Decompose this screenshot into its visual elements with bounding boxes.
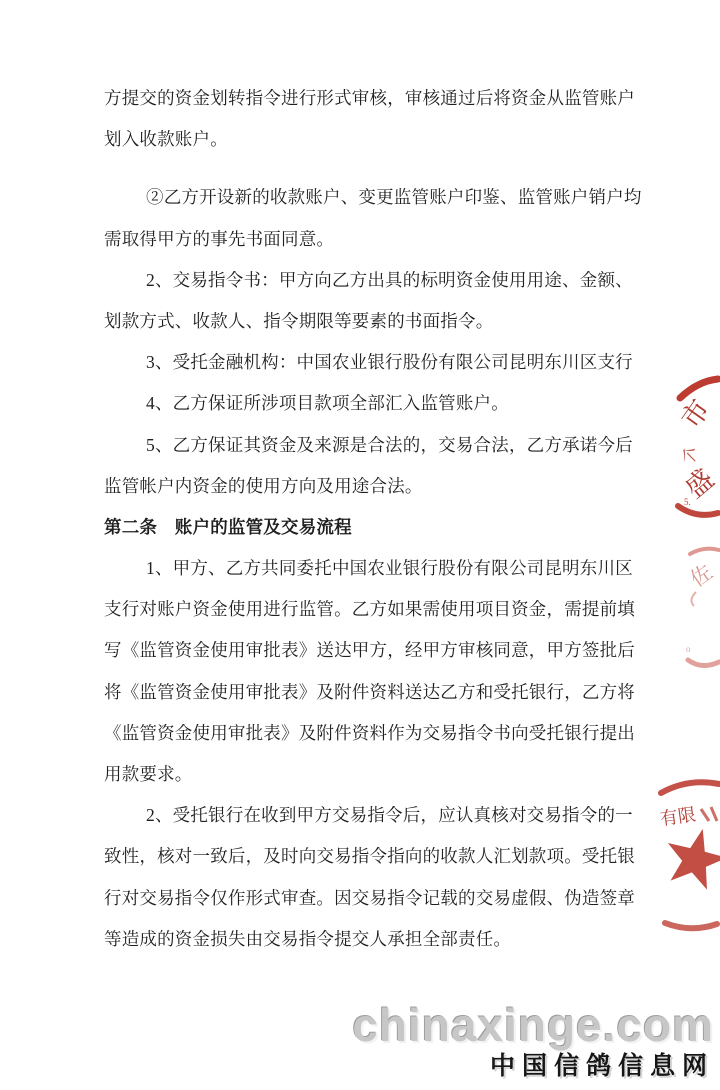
text-line: 用款要求。 — [104, 754, 644, 795]
watermark-logo: chinaxinge.com — [352, 1002, 714, 1048]
seal-arc — [680, 379, 718, 398]
seal-character: 佐 — [686, 560, 717, 592]
text-line: 方提交的资金划转指令进行形式审核，审核通过后将资金从监管账户 — [104, 78, 644, 119]
text-line: 5、乙方保证其资金及来源是合法的，交易合法，乙方承诺今后 — [104, 425, 644, 466]
text-line: 写《监管资金使用审批表》送达甲方，经甲方审核同意，甲方签批后 — [104, 630, 644, 671]
seal-character: 盛 — [680, 464, 720, 504]
contract-text-block: 方提交的资金划转指令进行形式审核，审核通过后将资金从监管账户划入收款账户。②乙方… — [104, 78, 644, 960]
text-line: 行对交易指令仅作形式审查。因交易指令记载的交易虚假、伪造签章 — [104, 878, 644, 919]
section-heading: 第二条 账户的监管及交易流程 — [104, 507, 644, 548]
text-line: 3、受托金融机构：中国农业银行股份有限公司昆明东川区支行 — [104, 342, 644, 383]
seal-small-mark: 5. — [684, 497, 691, 507]
seal-small-mark: o — [686, 644, 691, 654]
watermark-site-name: 中国信鸽信息网 — [352, 1052, 714, 1080]
seal-arc — [678, 506, 718, 515]
seal-arc — [661, 782, 719, 793]
text-line: 2、受托银行在收到甲方交易指令后，应认真核对交易指令的一 — [104, 795, 644, 836]
seal-character: 市 — [676, 394, 716, 433]
text-line: 支行对账户资金使用进行监管。乙方如果需使用项目资金，需提前填 — [104, 589, 644, 630]
contract-document-page: 方提交的资金划转指令进行形式审核，审核通过后将资金从监管账户划入收款账户。②乙方… — [0, 0, 720, 1090]
text-line: ②乙方开设新的收款账户、变更监管账户印鉴、监管账户销户均 — [104, 177, 644, 218]
text-line: 将《监管资金使用审批表》及附件资料送达乙方和受托银行，乙方将 — [104, 672, 644, 713]
seal-character: 个 — [677, 442, 704, 469]
text-line: 需取得甲方的事先书面同意。 — [104, 219, 644, 260]
seal-arc — [688, 660, 719, 666]
text-line: 划款方式、收款人、指令期限等要素的书面指令。 — [104, 301, 644, 342]
red-seal-upper-fragment: 市 个 盛 5. — [658, 372, 720, 522]
seal-arc — [665, 923, 717, 928]
text-line: 《监管资金使用审批表》及附件资料作为交易指令书向受托银行提出 — [104, 713, 644, 754]
text-line: 等造成的资金损失由交易指令提交人承担全部责任。 — [104, 919, 644, 960]
red-seal-lower-fragment: 有限 — [653, 775, 720, 935]
watermark: chinaxinge.com 中国信鸽信息网 — [352, 1002, 714, 1080]
seal-star-icon — [659, 822, 720, 893]
seal-stroke — [691, 592, 696, 606]
text-line: 1、甲方、乙方共同委托中国农业银行股份有限公司昆明东川区 — [104, 548, 644, 589]
red-seal-mid-fragment: 佐 o — [678, 540, 720, 680]
seal-arc — [690, 549, 719, 554]
text-line: 致性，核对一致后，及时向交易指令指向的收款人汇划款项。受托银 — [104, 836, 644, 877]
text-line: 4、乙方保证所涉项目款项全部汇入监管账户。 — [104, 383, 644, 424]
text-line: 监管帐户内资金的使用方向及用途合法。 — [104, 466, 644, 507]
text-line: 2、交易指令书：甲方向乙方出具的标明资金使用用途、金额、 — [104, 260, 644, 301]
text-line: 划入收款账户。 — [104, 119, 644, 160]
seal-company-text: 有限 — [659, 804, 697, 829]
seal-stroke — [701, 807, 717, 821]
